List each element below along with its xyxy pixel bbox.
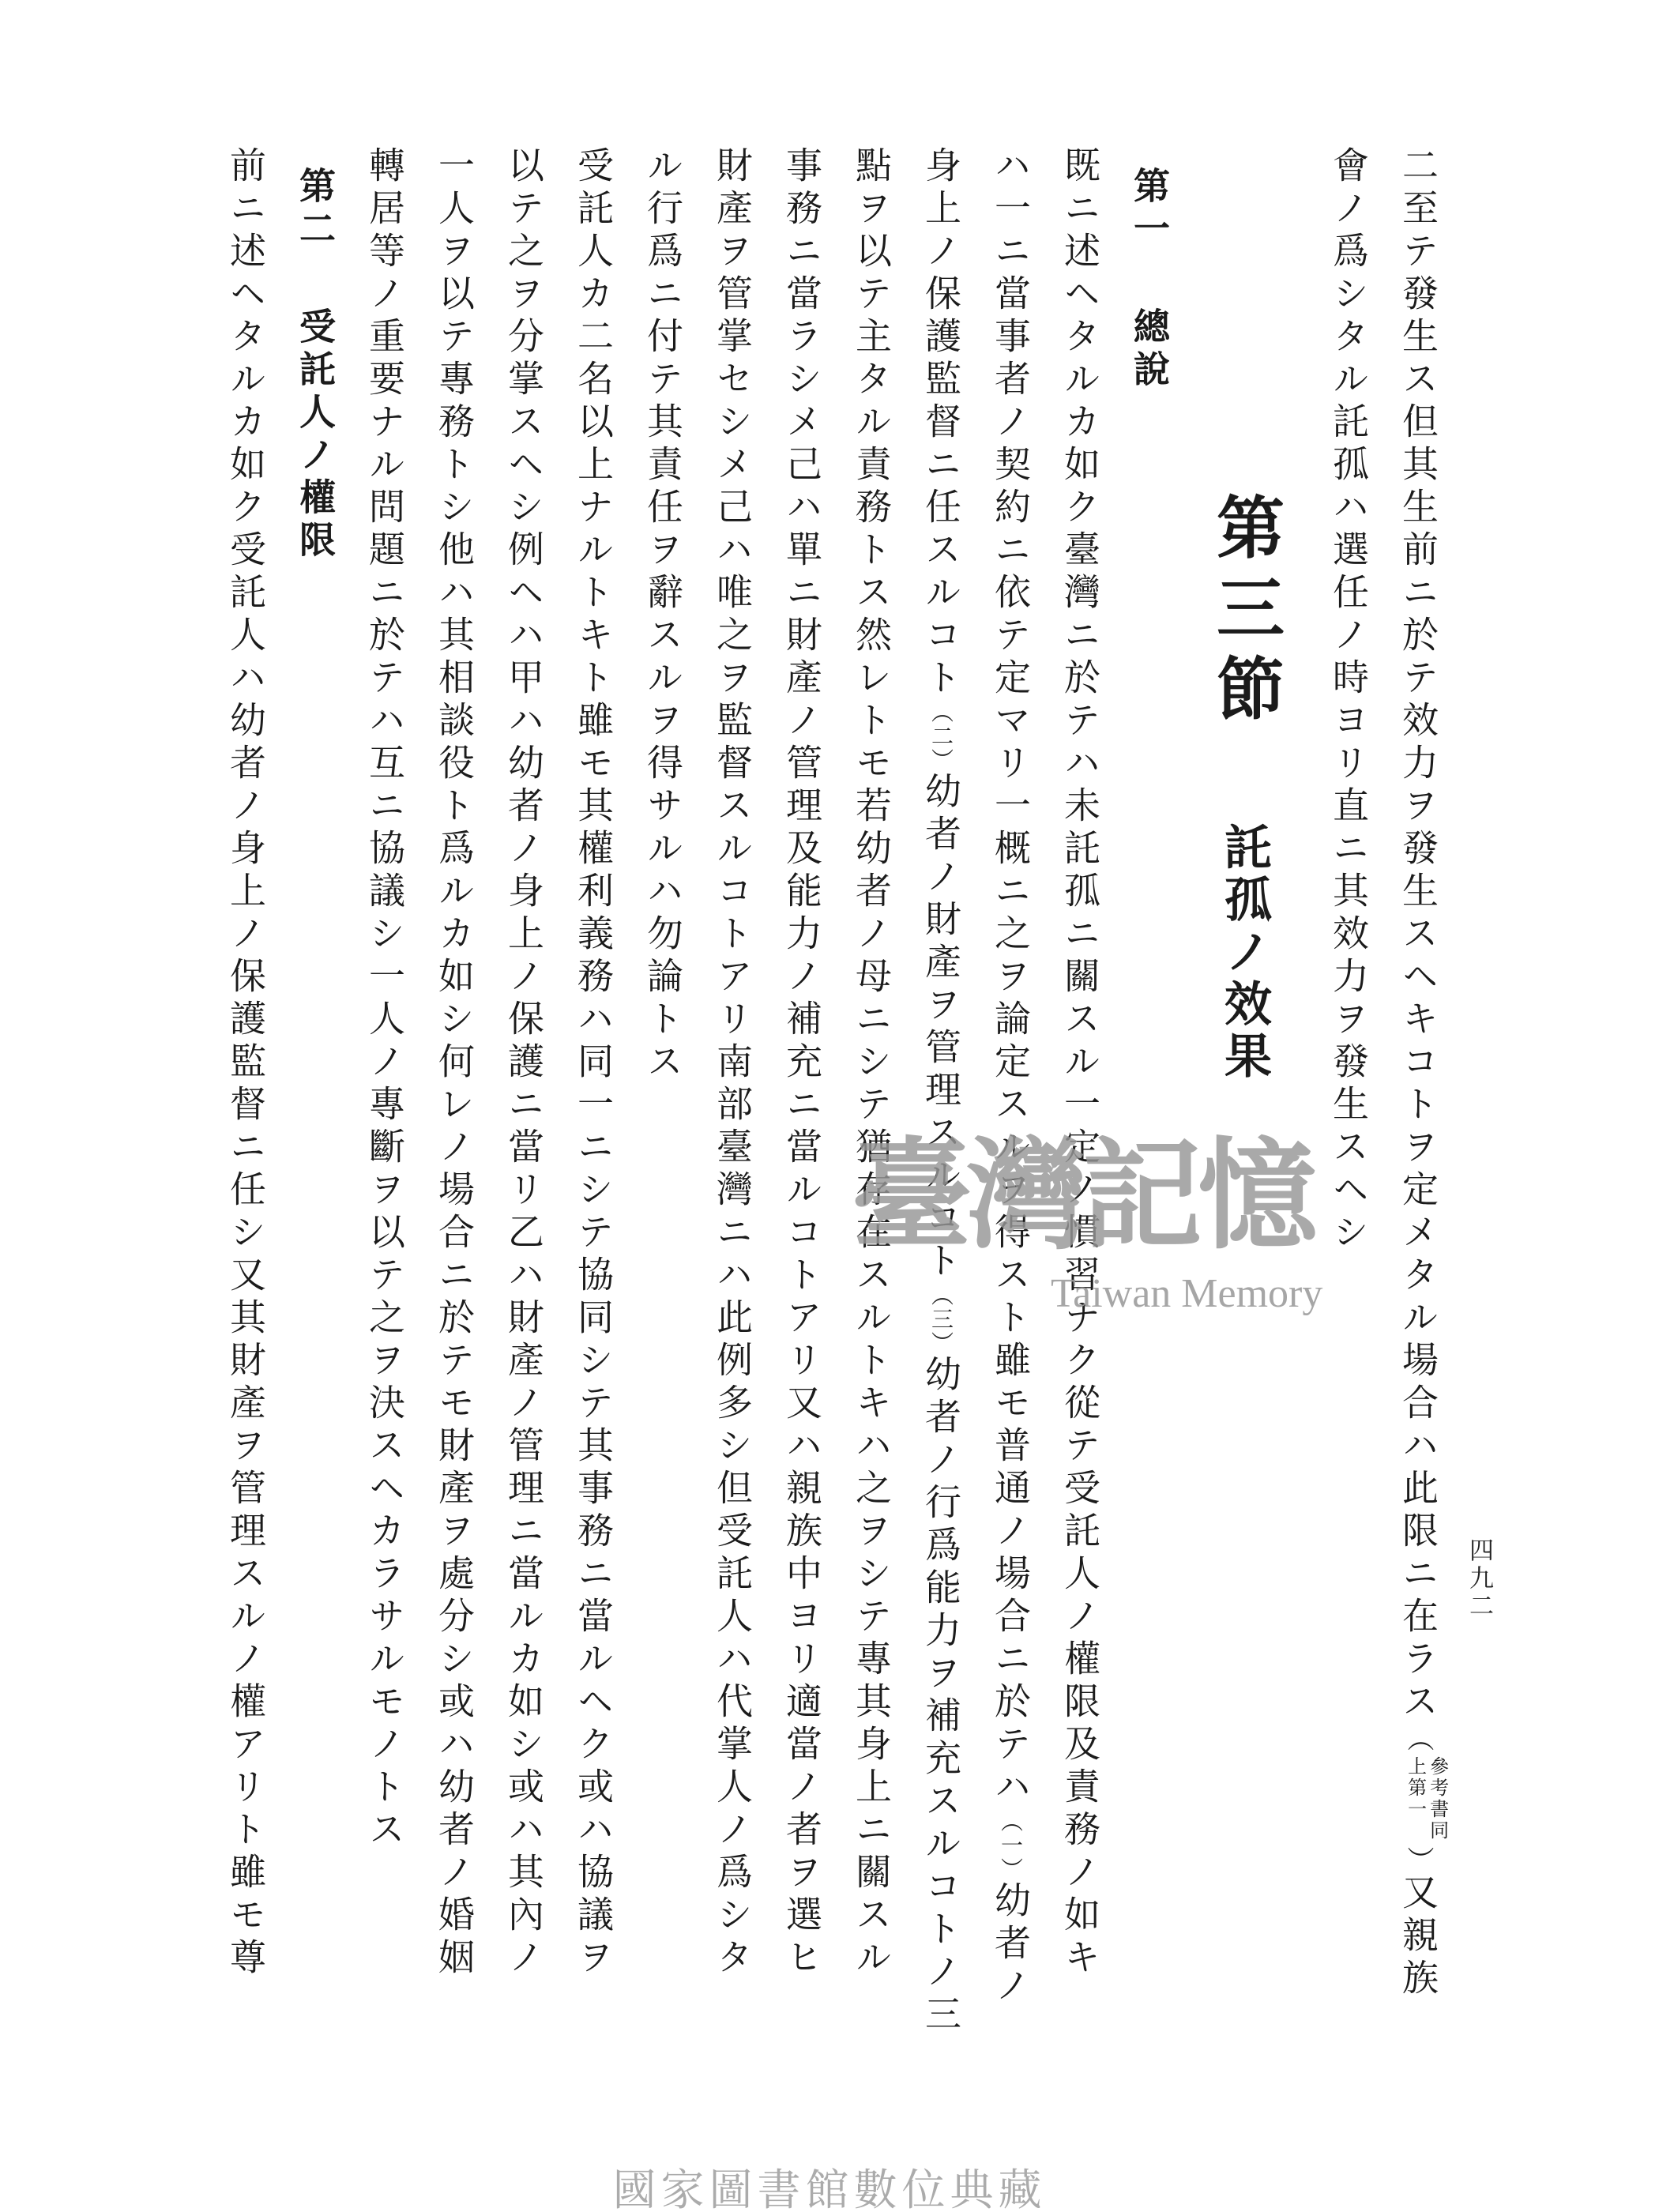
body-text: 一人ヲ以テ專務トシ他ハ其相談役ト爲ルカ如シ何レノ場合ニ於テモ財產ヲ處分シ或ハ幼者…: [434, 146, 474, 1981]
column-07: 身上ノ保護監督ニ任スルコト︵二︶幼者ノ財產ヲ管理スルコト︵三︶幼者ノ行爲能力ヲ補…: [905, 146, 975, 2042]
column-08: 點ヲ以テ主タル責務トス然レトモ若幼者ノ母ニシテ猶存在スルトキハ之ヲシテ專其身上ニ…: [836, 146, 905, 2042]
watermark-taiwan-memory-cjk: 臺灣記憶: [852, 1100, 1313, 1272]
column-17: 前ニ述ヘタルカ如ク受託人ハ幼者ノ身上ノ保護監督ニ任シ又其財產ヲ管理スルノ權アリト…: [210, 146, 280, 2042]
footer-library-caption: 國家圖書館數位典藏: [612, 2155, 1046, 2212]
body-text: 幼者ノ行爲能力ヲ補充スルコトノ三: [920, 1355, 961, 2037]
close-paren-icon: ︶: [1403, 1846, 1432, 1873]
body-text: 會ノ爲シタル託孤ハ選任ノ時ヨリ直ニ其效力ヲ發生スヘシ: [1328, 146, 1368, 1255]
body-text: 點ヲ以テ主タル責務トス然レトモ若幼者ノ母ニシテ猶存在スルトキハ之ヲシテ專其身上ニ…: [851, 146, 891, 1981]
warichu-line: 上第一: [1404, 1756, 1426, 1841]
subheading-2: 第二受託人ノ權限: [280, 146, 349, 2042]
column-02: 會ノ爲シタル託孤ハ選任ノ時ヨリ直ニ其效力ヲ發生スヘシ: [1313, 146, 1382, 2042]
body-text: 轉居等ノ重要ナル問題ニ於テハ互ニ協議シ一人ノ專斷ヲ以テ之ヲ決スヘカラサルモノトス: [364, 146, 404, 1853]
section-heading-part: 第三節: [1206, 492, 1282, 734]
column-10: 財產ヲ管掌セシメ己ハ唯之ヲ監督スルコトアリ南部臺灣ニハ此例多シ但受託人ハ代掌人ノ…: [697, 146, 766, 2042]
body-text: 二至テ發生ス但其生前ニ於テ效力ヲ發生スヘキコトヲ定メタル場合ハ此限ニ在ラス: [1398, 146, 1438, 1725]
body-text: ハ一ニ當事者ノ契約ニ依テ定マリ一概ニ之ヲ論定スルヲ得スト雖モ普通ノ場合ニ於テハ: [990, 146, 1030, 1810]
inline-number-marker: ︵三︶: [928, 1284, 953, 1355]
body-text: 幼者ノ: [990, 1881, 1030, 2009]
body-text: 身上ノ保護監督ニ任スルコト: [920, 146, 961, 701]
column-06: ハ一ニ當事者ノ契約ニ依テ定マリ一概ニ之ヲ論定スルヲ得スト雖モ普通ノ場合ニ於テハ︵…: [975, 146, 1044, 2042]
body-text: 財產ヲ管掌セシメ己ハ唯之ヲ監督スルコトアリ南部臺灣ニハ此例多シ但受託人ハ代掌人ノ…: [712, 146, 752, 1981]
body-text: 受託人カ二名以上ナルトキト雖モ其權利義務ハ同一ニシテ協同シテ其事務ニ當ルヘク或ハ…: [573, 146, 613, 1981]
page-number: 四九二: [1461, 1537, 1497, 1620]
scanned-document-page: 二至テ發生ス但其生前ニ於テ效力ヲ發生スヘキコトヲ定メタル場合ハ此限ニ在ラス︵參考…: [0, 0, 1659, 2212]
subheading-part: 受託人ノ權限: [280, 307, 349, 563]
watermark-taiwan-memory-latin: Taiwan Memory: [1051, 1270, 1322, 1317]
column-12: 受託人カ二名以上ナルトキト雖モ其權利義務ハ同一ニシテ協同シテ其事務ニ當ルヘク或ハ…: [558, 146, 627, 2042]
column-13: 以テ之ヲ分掌スヘシ例ヘハ甲ハ幼者ノ身上ノ保護ニ當リ乙ハ財產ノ管理ニ當ルカ如シ或ハ…: [488, 146, 558, 2042]
body-text: 又親族: [1398, 1873, 1438, 2001]
column-11: ル行爲ニ付テ其責任ヲ辭スルヲ得サルハ勿論トス: [627, 146, 697, 2042]
subheading-part: 總說: [1114, 307, 1183, 393]
section-heading: 第三節託孤ノ效果: [1193, 146, 1296, 2042]
body-text: 事務ニ當ラシメ己ハ單ニ財產ノ管理及能力ノ補充ニ當ルコトアリ又ハ親族中ヨリ適當ノ者…: [781, 146, 822, 1981]
body-text: 既ニ述ヘタルカ如ク臺灣ニ於テハ未託孤ニ關スル一定ノ慣習ナク從テ受託人ノ權限及責務…: [1059, 146, 1100, 1981]
open-paren-icon: ︵: [1403, 1725, 1432, 1751]
body-text: 前ニ述ヘタルカ如ク受託人ハ幼者ノ身上ノ保護監督ニ任シ又其財產ヲ管理スルノ權アリト…: [225, 146, 265, 1981]
warichu-line: 參考書同: [1426, 1756, 1448, 1841]
column-05: 既ニ述ヘタルカ如ク臺灣ニ於テハ未託孤ニ關スル一定ノ慣習ナク從テ受託人ノ權限及責務…: [1044, 146, 1114, 2042]
column-15: 轉居等ノ重要ナル問題ニ於テハ互ニ協議シ一人ノ專斷ヲ以テ之ヲ決スヘカラサルモノトス: [349, 146, 419, 2042]
column-09: 事務ニ當ラシメ己ハ單ニ財產ノ管理及能力ノ補充ニ當ルコトアリ又ハ親族中ヨリ適當ノ者…: [766, 146, 836, 2042]
text-block: 二至テ發生ス但其生前ニ於テ效力ヲ發生スヘキコトヲ定メタル場合ハ此限ニ在ラス︵參考…: [210, 146, 1452, 2042]
subheading-part: 第二: [280, 167, 349, 252]
warichu-note: ︵參考書同上第一︶: [1398, 1725, 1438, 1873]
subheading-1: 第一總說: [1114, 146, 1183, 2042]
inline-number-marker: ︵一︶: [998, 1810, 1022, 1881]
inline-number-marker: ︵二︶: [928, 701, 953, 772]
column-01: 二至テ發生ス但其生前ニ於テ效力ヲ發生スヘキコトヲ定メタル場合ハ此限ニ在ラス︵參考…: [1382, 146, 1452, 2042]
warichu-lines: 參考書同上第一: [1404, 1756, 1448, 1841]
subheading-part: 第一: [1114, 167, 1183, 252]
section-heading-part: 託孤ノ效果: [1193, 822, 1296, 1083]
column-14: 一人ヲ以テ專務トシ他ハ其相談役ト爲ルカ如シ何レノ場合ニ於テモ財產ヲ處分シ或ハ幼者…: [419, 146, 488, 2042]
body-text: 以テ之ヲ分掌スヘシ例ヘハ甲ハ幼者ノ身上ノ保護ニ當リ乙ハ財產ノ管理ニ當ルカ如シ或ハ…: [503, 146, 544, 1981]
body-text: ル行爲ニ付テ其責任ヲ辭スルヲ得サルハ勿論トス: [642, 146, 683, 1085]
